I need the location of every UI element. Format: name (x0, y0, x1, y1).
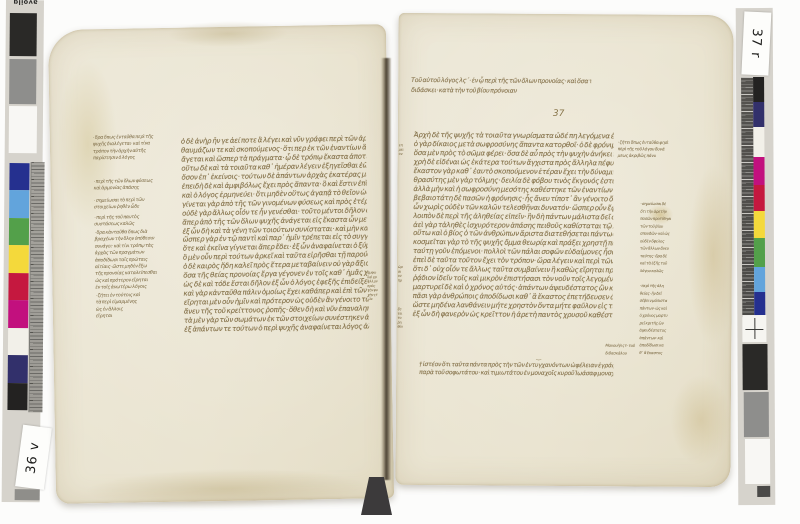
script-line: πασῶν προτίθησι (640, 215, 687, 223)
color-patch-white (753, 127, 764, 157)
gutter-gloss-note: ςημειον (399, 143, 413, 158)
marginal-note-block: · ζήτει ἐν τούτοις καὶτὰ περὶ εἱμαρμένης… (95, 291, 165, 323)
color-calibration-strip-right: 37 r (736, 8, 776, 505)
script-line: · σημείωσαι δὲ (640, 201, 687, 209)
marginal-note-block: · ὅρα κἀνταῦθα ὅπως διὰβραχέων τὴν ὅλην … (94, 228, 165, 293)
color-patch-black (7, 383, 27, 410)
script-line: παρίστησιν ὁ λόγος (93, 154, 163, 162)
script-line: καὶ ἁρμονίας ἁπάσης (94, 184, 164, 192)
folio-label-verso: 36 v (15, 425, 52, 490)
script-line: μεως ἀκριβῶς πάνυ (618, 153, 678, 160)
script-line: διδασκάλου (605, 350, 652, 358)
folio-number: 37 (553, 109, 565, 119)
script-line: συστάσεως καλῶς (94, 220, 164, 228)
parchment-stain (86, 467, 367, 512)
marginal-note-block: · περὶ τῆς τῶν ὅλων φύσεωςκαὶ ἁρμονίας ἁ… (93, 177, 163, 194)
color-patch-yellow (754, 211, 765, 238)
strip-corner-text: avoilg (13, 0, 38, 6)
color-patch-magenta (8, 300, 28, 328)
script-line: λόγου καλῶς (640, 267, 687, 275)
script-line: εἴρηται (96, 312, 166, 320)
script-line: τῶν ἄλλων ἄνευ (640, 245, 687, 253)
script-line: σπουδῶν· καὶ ὡς (640, 230, 687, 238)
manuscript-page-left: · ὅρα ὅπως ἐνταῦθα περὶ τῆςψυχῆς διαλέγε… (48, 24, 394, 504)
gutter-gloss-note: ὡραιονπρ (398, 265, 412, 285)
marginal-note-block: · σημείωσαι τὸ περὶ τῶνστοιχείων ῥηθὲν ὧ… (94, 196, 164, 213)
color-patch-red (754, 185, 765, 211)
color-patch-navy (9, 163, 29, 190)
parchment-stain (671, 375, 732, 465)
grayscale-patch-black (10, 13, 37, 56)
color-patch-black (753, 77, 764, 102)
script-line: ἐν τοῖς ἀνωτέρω λόγοις (95, 283, 165, 291)
color-patch-green (754, 238, 765, 267)
color-patch-lightblue (754, 267, 765, 292)
script-line: ἐξ ὧν δὴ φανερὸν ὡς κρεῖττον ἡ ἀρετὴ παν… (413, 310, 613, 320)
grayscale-patch-gray (9, 59, 36, 104)
script-line: ον (399, 152, 413, 157)
heading-note: Τοῦ αὐτοῦ λόγος λϛ´· ἐν ᾧ περὶ τῆς τῶν ὅ… (411, 76, 591, 97)
color-patch-navy (754, 292, 765, 316)
flourish-mark: ‿ (536, 354, 541, 361)
manuscript-photo: avoilg 36 v · ὅρα ὅπως ἐνταῦθα περὶ τῆςψ… (0, 0, 800, 524)
color-calibration-strip-left: avoilg 36 v (2, 0, 44, 502)
registration-cross-patch (742, 315, 766, 342)
script-line: διδάσκει· κατὰ τὴν τοῦ βίου πρόνοιαν (411, 85, 510, 95)
folio-label-recto: 37 r (741, 11, 771, 75)
script-line: · περὶ τῆς ἀλη (640, 283, 687, 291)
strip-end-gray-patch (15, 489, 40, 500)
grayscale-patch-gray (744, 392, 769, 437)
script-line: σέβειν μάλιστα (640, 297, 687, 305)
script-line: πρ (398, 278, 412, 283)
marginal-note-block: · ὅρα ὅπως ἐνταῦθα περὶ τῆςψυχῆς διαλέγε… (93, 133, 163, 165)
color-patch-yellow (9, 245, 29, 273)
color-patch-darkpurple (8, 355, 28, 383)
script-line: Τοῦ αὐτοῦ λόγος λϛ´· ἐν ᾧ περὶ τῆς τῶν ὅ… (411, 76, 591, 87)
bottom-note: † ἰστέον ὅτι ταῦτα πάντα πρὸς τὴν τῶν ἐν… (419, 361, 613, 380)
color-patch-lightblue (9, 190, 29, 218)
grayscale-patch-white (9, 106, 37, 153)
script-line: Μανουὴλ ςτ· τοῦ (605, 342, 652, 350)
color-patch-red (8, 273, 28, 300)
manuscript-page-right: Τοῦ αὐτοῦ λόγος λϛ´· ἐν ᾧ περὶ τῆς τῶν ὅ… (395, 13, 733, 487)
script-line: στοιχείων ῥηθὲν ὧδε (94, 203, 164, 211)
parchment-stain (687, 165, 738, 345)
main-text-right: Ἀρχὴ δὲ τῆς ψυχῆς τὰ τοιαῦτα γνωρίσματα … (412, 131, 613, 324)
script-line: ἀψευδέστατος (639, 327, 686, 335)
marginal-note-block-right: Μανουὴλ ςτ· τοῦδιδασκάλου (605, 342, 652, 359)
gutter-gloss-note: ζητειτοῥηθεν (397, 307, 411, 331)
parchment-stain (168, 20, 288, 48)
script-line: καὶ τὰ ἑξῆς τοῦ (640, 260, 687, 268)
ruler-icon (28, 162, 44, 412)
script-line: θεν (397, 325, 411, 330)
marginal-note-block-right: · ζήτει ὅπως ἐνταῦθα φησὶπερὶ τῆς τοῦ λό… (618, 139, 678, 162)
script-line: ὁ χρόνος μαρτυ (640, 312, 687, 320)
color-patch-white (8, 328, 28, 355)
binding-gutter (381, 58, 391, 480)
marginal-note-block-right: · σημείωσαι δὲὅτι τὴν ἀρετὴνπασῶν προτίθ… (640, 201, 687, 278)
folio-label-verso-text: 36 v (24, 440, 43, 474)
folio-label-recto-text: 37 r (748, 28, 764, 59)
grayscale-patch-black (742, 344, 767, 390)
strip-end-dark-patch (757, 486, 770, 497)
script-line: ἐξ ἁπάντων τε τούτων ὁ περὶ ψυχῆς ἀναφαί… (184, 322, 369, 334)
grayscale-patch-white (745, 439, 770, 484)
color-patch-darkpurple (753, 102, 764, 127)
script-line: παρὰ τοῦ σοφωτάτου· καὶ τιμιωτάτου ἐν μο… (419, 369, 613, 379)
color-patch-green (9, 218, 29, 245)
color-patch-magenta (753, 157, 764, 185)
main-text-left: ὁ δὲ ἀνὴρ ἦν γε ἀεί ποτε ἃ λέγει καὶ νῦν… (181, 134, 369, 335)
